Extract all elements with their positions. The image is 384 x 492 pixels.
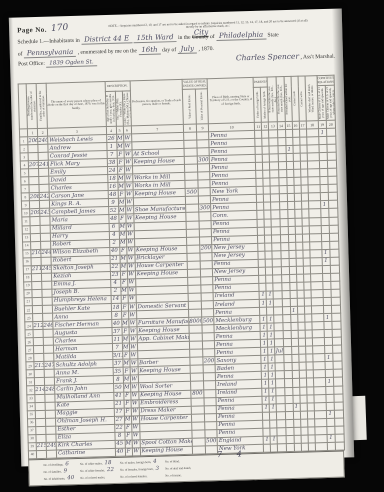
cell-ln: 15 — [23, 249, 31, 257]
cell-den — [333, 353, 342, 361]
cell-bm — [277, 411, 285, 419]
cell-ln: 27 — [25, 346, 33, 354]
cell-mm — [284, 395, 292, 403]
totals-item: No. of white females,22 — [80, 467, 114, 474]
cell-age: 40 — [115, 448, 125, 456]
cell-col: W — [131, 415, 139, 423]
cell-bm — [272, 226, 280, 234]
cell-mm — [282, 290, 290, 298]
cell-col: W — [128, 311, 136, 319]
of-label: of — [210, 34, 215, 40]
cell-ln: 37 — [28, 426, 36, 434]
cell-ln: 39 — [28, 442, 36, 450]
cell-cit — [325, 362, 333, 370]
totals-cluster: No. of white males,18No. of white female… — [80, 460, 115, 481]
cell-den — [328, 176, 337, 184]
cell-cit — [319, 161, 327, 169]
cell-cit: 1 — [325, 378, 333, 386]
totals-item: No. of white males,18 — [80, 460, 114, 467]
cell-bm — [278, 443, 286, 451]
cell-cit: 1 — [325, 354, 333, 362]
cell-ln: 13 — [22, 233, 30, 241]
cell-bm — [269, 138, 277, 146]
cell-col: W — [125, 182, 133, 190]
cell-den — [334, 410, 343, 418]
totals-value: 6 — [65, 461, 69, 467]
cell-ln: 35 — [27, 410, 35, 418]
cell-den — [327, 160, 336, 168]
column-number: 20 — [326, 120, 335, 128]
cell-mm — [284, 387, 292, 395]
cell-cit: 1 — [322, 257, 330, 265]
totals-item: No. of dwellings,6 — [43, 461, 74, 468]
cell-cit: 1 — [327, 434, 335, 442]
cell-bm — [277, 403, 285, 411]
cell-bm — [274, 299, 282, 307]
cell-cit — [321, 217, 329, 225]
cell-bm — [271, 202, 279, 210]
cell-col: W — [125, 198, 133, 206]
cell-bm — [271, 210, 279, 218]
cell-cit — [319, 145, 327, 153]
cell-col: W — [131, 423, 139, 431]
cell-cit — [320, 209, 328, 217]
cell-bm — [278, 435, 286, 443]
cell-col: W — [127, 287, 135, 295]
cell-bm — [274, 323, 282, 331]
cell-cit — [327, 426, 335, 434]
cell-ln: 14 — [23, 241, 31, 249]
enumerated-label: , enumerated by me on the — [78, 48, 137, 56]
cell-mm — [279, 202, 287, 210]
totals-value: 4 — [153, 459, 157, 465]
cell-bm — [271, 186, 279, 194]
cell-col: W — [129, 359, 137, 367]
cell-col: W — [130, 383, 138, 391]
cell-bm — [275, 331, 283, 339]
cell-cit — [322, 273, 330, 281]
cell-occ: Keeping House — [140, 446, 193, 456]
cell-col: W — [124, 174, 132, 182]
cell-bm — [276, 379, 284, 387]
cell-bm — [272, 234, 280, 242]
cell-mm — [278, 170, 286, 178]
cell-col: W — [131, 399, 139, 407]
totals-value: 9 — [64, 468, 68, 474]
totals-item: No. of males, foreign born,4 — [120, 459, 159, 466]
totals-label: No. of dwellings, — [43, 462, 63, 467]
post-office: Post Office: 1839 Ogden St. — [18, 59, 97, 68]
cell-bm — [274, 315, 282, 323]
schedule-prefix: Schedule 1.—Inhabitants in — [17, 38, 79, 46]
cell-dw — [36, 450, 46, 458]
column-header: Male Citizens of U.S. of 21 years of age… — [325, 85, 335, 120]
cell-ln: 30 — [26, 370, 34, 378]
cell-bm — [270, 154, 278, 162]
cell-mm — [282, 315, 290, 323]
of2-label: of — [18, 51, 23, 57]
totals-value: 18 — [104, 460, 111, 466]
cell-cit — [323, 289, 331, 297]
totals-value: 22 — [107, 467, 114, 473]
cell-bm — [273, 267, 281, 275]
cell-den — [330, 265, 339, 273]
cell-name: Catharine — [57, 448, 116, 458]
census-page: Page No. 170 NOTE.—Inquiries numbered 2,… — [9, 8, 354, 466]
cell-mm — [283, 355, 291, 363]
county-printed: County City — [192, 34, 209, 40]
column-header: Dwelling-houses, numbered in the order o… — [26, 83, 37, 128]
totals-item: No. of inhabitants,40 — [44, 475, 75, 482]
cell-den — [330, 257, 339, 265]
cell-mm — [285, 427, 293, 435]
cell-bm — [274, 307, 282, 315]
cell-col: W — [128, 319, 136, 327]
cell-re — [192, 446, 205, 454]
cell-col: W — [127, 255, 135, 263]
cell-mm — [279, 210, 287, 218]
cell-bm — [273, 258, 281, 266]
cell-bm — [270, 178, 278, 186]
cell-col: W — [132, 448, 140, 456]
totals-label: No. of inhabitants, — [44, 476, 66, 481]
cell-cit — [325, 386, 333, 394]
city-written: City — [194, 28, 209, 36]
cell-den — [333, 386, 342, 394]
cell-ln: 22 — [24, 306, 32, 314]
cell-ln: 19 — [24, 282, 32, 290]
cell-col: W — [127, 263, 135, 271]
totals-item: No. of insane, — [165, 472, 193, 479]
cell-den — [334, 418, 343, 426]
cell-mm — [281, 274, 289, 282]
column-header: Color.—White (W.), Black (B.), Mulatto (… — [122, 91, 131, 126]
cell-pe — [205, 445, 217, 453]
totals-label: No. of blind, — [165, 459, 180, 463]
totals-label: No. of white females, — [80, 468, 105, 473]
cell-den — [331, 305, 340, 313]
cell-ln: 26 — [25, 338, 33, 346]
cell-col: W — [130, 391, 138, 399]
cell-col: W — [125, 214, 133, 222]
cell-ln: 40 — [28, 450, 36, 458]
cell-mm — [285, 411, 293, 419]
cell-col: W — [123, 142, 131, 150]
cell-col: W — [129, 343, 137, 351]
column-number: 19 — [318, 120, 326, 128]
cell-cit: 1 — [322, 249, 330, 257]
cell-den — [329, 225, 338, 233]
cell-bm — [273, 283, 281, 291]
cell-den — [332, 329, 341, 337]
totals-item: No. of colored females, — [120, 473, 159, 480]
page-header: Page No. 170 NOTE.—Inquiries numbered 2,… — [17, 16, 335, 69]
cell-ln: 11 — [22, 217, 30, 225]
cell-col: W — [130, 375, 138, 383]
cell-den — [327, 168, 336, 176]
cell-bm — [277, 427, 285, 435]
cell-bm — [275, 339, 283, 347]
place-value: Philadelphia — [216, 31, 266, 41]
cell-mm — [281, 258, 289, 266]
column-number: 13 — [269, 122, 277, 130]
cell-bm — [276, 371, 284, 379]
cell-den — [330, 249, 339, 257]
census-table: Dwelling-houses, numbered in the order o… — [18, 75, 345, 460]
cell-dd — [315, 442, 327, 450]
group-header: Constitutional Relations. — [317, 75, 335, 85]
cell-bm: July — [275, 347, 283, 355]
cell-den — [328, 193, 337, 201]
cell-den — [335, 434, 344, 442]
cell-cit — [318, 136, 326, 144]
cell-ln: 29 — [26, 362, 34, 370]
cell-cit — [327, 442, 335, 450]
cell-den — [335, 426, 344, 434]
cell-cit — [320, 177, 328, 185]
cell-den — [332, 345, 341, 353]
cell-cit — [321, 233, 329, 241]
cell-bm — [269, 130, 277, 138]
cell-den — [331, 281, 340, 289]
page-no-value: 170 — [50, 23, 68, 34]
cell-ln: 12 — [22, 225, 30, 233]
cell-den — [332, 337, 341, 345]
cell-ln: 24 — [25, 322, 33, 330]
cell-col: W — [124, 158, 132, 166]
signature-title: , Ass't Marshal. — [300, 54, 335, 61]
column-header: The name of every person whose place of … — [46, 82, 106, 129]
column-header: Value of Real Estate. — [182, 89, 196, 124]
cell-mm — [284, 371, 292, 379]
cell-den — [331, 289, 340, 297]
cell-den — [327, 136, 336, 144]
cell-den — [333, 369, 342, 377]
cell-ln: 8 — [21, 193, 29, 201]
cell-cit: 1 — [320, 201, 328, 209]
cell-cit — [326, 394, 334, 402]
totals-label: No. of males, foreign born, — [120, 460, 151, 465]
post-office-label: Post Office: — [18, 61, 45, 68]
cell-col: W — [129, 335, 137, 343]
cell-den — [329, 209, 338, 217]
cell-den — [327, 152, 336, 160]
column-header: Profession, Occupation, or Trade of each… — [130, 79, 184, 125]
cell-ln: 28 — [26, 354, 34, 362]
cell-cit: 1 — [318, 128, 326, 136]
cell-ln: 3 — [20, 153, 28, 161]
column-number — [19, 129, 27, 137]
cell-ln: 17 — [23, 265, 31, 273]
cell-ln: 31 — [26, 378, 34, 386]
column-header: Value of Personal Estate. — [195, 89, 208, 124]
totals-value: 40 — [67, 475, 74, 481]
district-value: District 44 E — [81, 34, 132, 44]
cell-ln: 38 — [28, 434, 36, 442]
cell-bm — [276, 387, 284, 395]
cell-col: W — [126, 238, 134, 246]
tally-marks: 7 4 — [217, 449, 248, 459]
cell-col: W — [126, 230, 134, 238]
cell-den — [333, 378, 342, 386]
cell-bm — [270, 162, 278, 170]
cell-bm — [271, 194, 279, 202]
cell-ln: 6 — [21, 177, 29, 185]
day-value: 16th — [138, 46, 160, 56]
cell-cit — [326, 402, 334, 410]
cell-mm — [283, 339, 291, 347]
page-no-label: Page No. — [17, 26, 47, 35]
cell-cit — [324, 338, 332, 346]
group-header: Parentage. — [253, 77, 267, 87]
cell-col: W — [128, 303, 136, 311]
cell-ln: 16 — [23, 257, 31, 265]
cell-mm — [278, 178, 286, 186]
cell-ln: 9 — [21, 201, 29, 209]
cell-col: W — [131, 431, 139, 439]
cell-cit: 1 — [323, 313, 331, 321]
in-the-label: in the — [178, 35, 191, 41]
cell-col: W — [123, 134, 131, 142]
cell-ln: 32 — [27, 386, 35, 394]
cell-cit — [322, 265, 330, 273]
cell-ln: 20 — [24, 290, 32, 298]
cell-ln: 2 — [20, 145, 28, 153]
cell-mm — [282, 298, 290, 306]
cell-bm — [269, 146, 277, 154]
cell-ln: 33 — [27, 394, 35, 402]
cell-mm — [280, 234, 288, 242]
column-number: 6 — [123, 126, 131, 134]
cell-ln: 5 — [21, 169, 29, 177]
cell-ln: 34 — [27, 402, 35, 410]
totals-cluster: No. of blind,No. of deaf and dumb,No. of… — [165, 458, 194, 479]
post-office-value: 1839 Ogden St. — [46, 59, 96, 67]
cell-ln: 18 — [23, 273, 31, 281]
cell-mm — [281, 282, 289, 290]
cell-ln: 21 — [24, 298, 32, 306]
cell-cit — [319, 169, 327, 177]
cell-den — [328, 201, 337, 209]
cell-mm — [277, 130, 285, 138]
totals-item: No. of females, foreign born,3 — [120, 466, 159, 473]
totals-value: 3 — [156, 466, 160, 472]
cell-mm — [277, 138, 285, 146]
cell-mm — [278, 154, 286, 162]
cell-col: W — [125, 206, 133, 214]
cell-den — [329, 217, 338, 225]
cell-cit — [321, 241, 329, 249]
cell-mm — [281, 266, 289, 274]
cell-col: W — [127, 279, 135, 287]
cell-col: W — [132, 440, 140, 448]
cell-mm — [280, 250, 288, 258]
cell-ln: 25 — [25, 330, 33, 338]
day-of-label: day of — [162, 47, 176, 53]
cell-den — [331, 297, 340, 305]
totals-label: No. of white males, — [80, 461, 103, 466]
cell-bm — [273, 291, 281, 299]
cell-mm — [284, 379, 292, 387]
census-table-header: Dwelling-houses, numbered in the order o… — [18, 75, 335, 137]
cell-mm — [286, 443, 294, 451]
cell-bm — [273, 275, 281, 283]
cell-den — [329, 233, 338, 241]
cell-col: W — [129, 351, 137, 359]
census-rows: 1206240Weisbach Lewis26MWPenna12Andrew1M… — [20, 128, 345, 459]
cell-ln: 7 — [21, 185, 29, 193]
cell-mm — [279, 194, 287, 202]
cell-cit — [324, 321, 332, 329]
cell-bm — [270, 170, 278, 178]
cell-cit — [326, 418, 334, 426]
cell-cit — [325, 370, 333, 378]
cell-ln: 36 — [27, 418, 35, 426]
cell-den — [328, 184, 337, 192]
cell-bm — [277, 419, 285, 427]
cell-cit — [323, 297, 331, 305]
cell-den — [334, 394, 343, 402]
cell-col: W — [124, 166, 132, 174]
cell-bm — [272, 242, 280, 250]
census-table-wrap: Dwelling-houses, numbered in the order o… — [18, 75, 346, 487]
cell-mm — [280, 218, 288, 226]
cell-ln: 23 — [25, 314, 33, 322]
cell-mm — [282, 323, 290, 331]
state-value: Pennsylvania — [24, 48, 77, 58]
cell-cit — [319, 153, 327, 161]
cell-den — [335, 442, 344, 450]
cell-cit — [324, 346, 332, 354]
state-label: State — [267, 32, 278, 38]
year-label: , 1870. — [198, 46, 214, 52]
totals-label: No. of colored males, — [80, 475, 105, 480]
cell-ln: 10 — [22, 209, 30, 217]
cell-cit — [321, 225, 329, 233]
cell-col: W — [125, 190, 133, 198]
cell-den — [326, 128, 335, 136]
cell-bm — [275, 355, 283, 363]
cell-bm — [276, 395, 284, 403]
cell-col: W — [128, 295, 136, 303]
cell-den — [329, 241, 338, 249]
cell-col: W — [129, 327, 137, 335]
totals-cluster: No. of dwellings,6No. of families,9No. o… — [43, 461, 74, 482]
cell-mm — [285, 403, 293, 411]
cell-col: W — [126, 246, 134, 254]
cell-mm — [277, 146, 285, 154]
cell-col: W — [126, 222, 134, 230]
cell-mm — [283, 347, 291, 355]
cell-ln: 1 — [20, 137, 28, 145]
cell-col: W — [131, 407, 139, 415]
column-header: Place of Birth, naming State or Territor… — [207, 77, 255, 123]
totals-label: No. of colored females, — [120, 474, 147, 479]
cell-cit — [324, 330, 332, 338]
cell-cit — [323, 305, 331, 313]
marshal-signature: Charles Spencer , Ass't Marshal. — [236, 51, 335, 63]
cell-bm — [276, 363, 284, 371]
totals-item: No. of deaf and dumb, — [165, 465, 193, 472]
ward-value: 15th Ward — [133, 33, 176, 43]
totals-label: No. of insane, — [165, 473, 181, 477]
cell-den — [332, 321, 341, 329]
cell-mm — [282, 307, 290, 315]
cell-bm — [272, 250, 280, 258]
cell-mm — [283, 331, 291, 339]
totals-item: No. of families,9 — [43, 468, 74, 475]
totals-cluster: No. of males, foreign born,4No. of femal… — [120, 459, 160, 480]
